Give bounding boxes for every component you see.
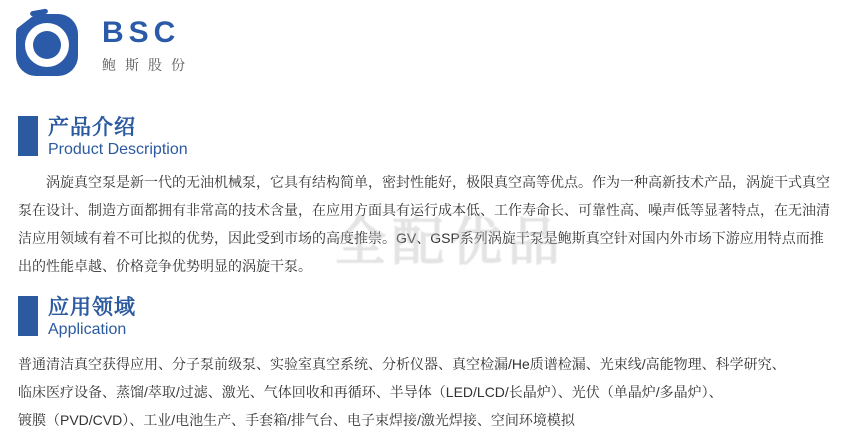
- product-page: BSC 鲍斯股份 产品介绍 Product Description 涡旋真空泵是…: [0, 0, 850, 442]
- section-accent-bar: [18, 116, 38, 156]
- brand-name: BSC: [102, 18, 194, 48]
- section-accent-bar: [18, 296, 38, 336]
- brand-chinese-name: 鲍斯股份: [102, 55, 194, 75]
- logo-core-shape: [33, 31, 61, 59]
- section-title-cn: 产品介绍: [48, 116, 188, 139]
- section-titles: 应用领域 Application: [48, 296, 136, 339]
- application-text: 普通清洁真空获得应用、分子泵前级泵、实验室真空系统、分析仪器、真空检漏/He质谱…: [18, 350, 836, 434]
- brand-header: BSC 鲍斯股份: [16, 10, 194, 76]
- bsc-logo-icon: [16, 10, 80, 76]
- section-title-en: Product Description: [48, 140, 188, 159]
- product-description-text: 涡旋真空泵是新一代的无油机械泵，它具有结构简单，密封性能好，极限真空高等优点。作…: [18, 168, 836, 280]
- section-title-en: Application: [48, 320, 136, 339]
- section-header-product-description: 产品介绍 Product Description: [18, 116, 188, 159]
- section-header-application: 应用领域 Application: [18, 296, 136, 339]
- brand-text: BSC 鲍斯股份: [102, 10, 194, 75]
- section-titles: 产品介绍 Product Description: [48, 116, 188, 159]
- section-title-cn: 应用领域: [48, 296, 136, 319]
